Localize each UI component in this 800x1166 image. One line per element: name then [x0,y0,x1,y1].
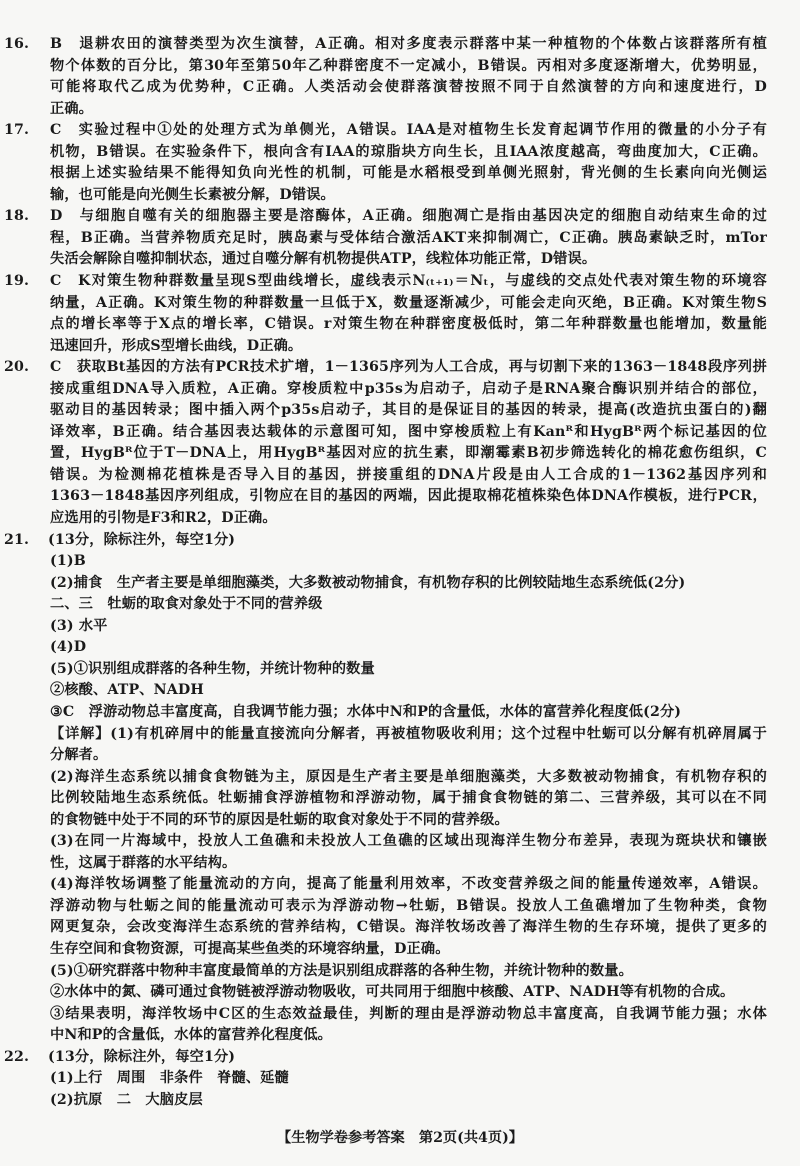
question-number: 17. [4,120,29,142]
question-number: 20. [4,357,29,379]
text-line: 接成重组DNA导入质粒，A正确。穿梭质粒中p35s为启动子，启动子是RNA聚合酶… [50,379,767,401]
explanation-line: ③结果表明，海洋牧场中C区的生态效益最佳，判断的理由是浮游动物总丰富度高，自我调… [50,1004,767,1026]
text-line: 物个体数的百分比，第30年至第50年乙种群密度不一定减小，B错误。丙相对多度逐渐… [50,56,767,78]
sub-answer-5-3: ③C 浮游动物总丰富度高，自我调节能力强；水体中N和P的含量低，水体的富营养化程… [50,702,767,724]
text-line: 应选用的引物是F3和R2，D正确。 [50,508,767,530]
answer-content: 16. B 退耕农田的演替类型为次生演替，A正确。相对多度表示群落中某一种植物的… [27,34,767,1111]
page-footer: 【生物学卷参考答案 第2页(共4页)】 [0,1127,800,1147]
text-line: 置，HygBᴿ位于T－DNA上，用HygBᴿ基因对应的抗生素，即潮霉素B初步筛选… [50,443,767,465]
answer-19: 19. C K对策生物种群数量呈现S型曲线增长，虚线表示N₍ₜ₊₁₎＝Nₜ，与虚… [27,271,767,357]
explanation-line: 比例较陆地生态系统低。牡蛎捕食浮游植物和浮游动物，属于捕食食物链的第二、三营养级… [50,788,767,810]
score-note: (13分，除标注外，每空1分) [48,1047,767,1069]
explanation-line: (5)①研究群落中物种丰富度最简单的方法是识别组成群落的各种生物，并统计物种的数… [50,961,767,983]
text-line: 失活会解除自噬抑制状态，通过自噬分解有机物提供ATP，线粒体功能正常，D错误。 [50,249,767,271]
answer-20: 20. C 获取Bt基因的方法有PCR技术扩增，1－1365序列为人工合成，再与… [27,357,767,529]
explanation-line: (2)海洋生态系统以捕食食物链为主，原因是生产者主要是单细胞藻类，大多数被动物捕… [50,767,767,789]
sub-answer-1: (1)B [50,551,767,573]
answer-21: 21. (13分，除标注外，每空1分) (1)B (2)捕食 生产者主要是单细胞… [27,530,767,1047]
question-number: 22. [4,1047,29,1069]
answer-22: 22. (13分，除标注外，每空1分) (1)上行 周围 非条件 脊髓、延髓 (… [27,1047,767,1112]
sub-answer-3: (3) 水平 [50,616,767,638]
explanation-line: 分解者。 [50,745,767,767]
explanation-line: 【详解】(1)有机碎屑中的能量直接流向分解者，再被植物吸收利用；这个过程中牡蛎可… [50,724,767,746]
text-line: 错误。为检测棉花植株是否导入目的基因，拼接重组的DNA片段是由人工合成的1－13… [50,465,767,487]
document-page: 16. B 退耕农田的演替类型为次生演替，A正确。相对多度表示群落中某一种植物的… [0,0,800,1166]
explanation-line: ②水体中的氮、磷可通过食物链被浮游动物吸收，可共同用于细胞中核酸、ATP、NAD… [50,982,767,1004]
explanation-line: 的食物链中处于不同的环节的原因是牡蛎的取食对象处于不同的营养级。 [50,810,767,832]
explanation-line: (3)在同一片海域中，投放人工鱼礁和未投放人工鱼礁的区域出现海洋生物分布差异，表… [50,831,767,853]
explanation-line: 生存空间和食物资源，可提高某些鱼类的环境容纳量，D正确。 [50,939,767,961]
question-number: 18. [4,206,29,228]
answer-17: 17. C 实验过程中①处的处理方式为单侧光，A错误。IAA是对植物生长发育起调… [27,120,767,206]
explanation-line: (4)海洋牧场调整了能量流动的方向，提高了能量利用效率，不改变营养级之间的能量传… [50,874,767,896]
text-line: 迅速回升，形成S型增长曲线，D正确。 [50,336,767,358]
sub-answer-2: (2)抗原 二 大脑皮层 [50,1090,767,1112]
answer-18: 18. D 与细胞自噬有关的细胞器主要是溶酶体，A正确。细胞凋亡是指由基因决定的… [27,206,767,271]
sub-answer-5-2: ②核酸、ATP、NADH [50,680,767,702]
question-number: 21. [4,530,29,552]
explanation-line: 性，这属于群落的水平结构。 [50,853,767,875]
explanation-line: 中N和P的含量低，水体的富营养化程度低。 [50,1025,767,1047]
answer-16: 16. B 退耕农田的演替类型为次生演替，A正确。相对多度表示群落中某一种植物的… [27,34,767,120]
text-line: 输，也可能是向光侧生长素被分解，D错误。 [50,185,767,207]
explanation-line: 浮游动物与牡蛎之间的能量流动可表示为浮游动物→牡蛎，B错误。投放人工鱼礁增加了生… [50,896,767,918]
text-line: 点的增长率等于X点的增长率，C错误。r对策生物在种群密度极低时，第二年种群数量也… [50,314,767,336]
score-note: (13分，除标注外，每空1分) [48,530,767,552]
sub-answer-2b: 二、三 牡蛎的取食对象处于不同的营养级 [50,594,767,616]
text-line: C 实验过程中①处的处理方式为单侧光，A错误。IAA是对植物生长发育起调节作用的… [50,120,767,142]
text-line: C 获取Bt基因的方法有PCR技术扩增，1－1365序列为人工合成，再与切割下来… [50,357,767,379]
text-line: 纳量，A正确。K对策生物的种群数量一旦低于X，数量逐渐减少，可能会走向灭绝，B正… [50,293,767,315]
sub-answer-2: (2)捕食 生产者主要是单细胞藻类，大多数被动物捕食，有机物存积的比例较陆地生态… [50,573,767,595]
sub-answer-1: (1)上行 周围 非条件 脊髓、延髓 [50,1068,767,1090]
question-number: 19. [4,271,29,293]
explanation-line: 网更复杂，会改变海洋生态系统的营养结构，C错误。海洋牧场改善了海洋生物的生存环境… [50,917,767,939]
text-line: 根据上述实验结果不能得知负向光性的机制，可能是水稻根受到单侧光照射，背光侧的生长… [50,163,767,185]
text-line: 程，B正确。当营养物质充足时，胰岛素与受体结合激活AKT来抑制凋亡，C正确。胰岛… [50,228,767,250]
text-line: D 与细胞自噬有关的细胞器主要是溶酶体，A正确。细胞凋亡是指由基因决定的细胞自动… [50,206,767,228]
text-line: 正确。 [50,99,767,121]
sub-answer-5-1: (5)①识别组成群落的各种生物，并统计物种的数量 [50,659,767,681]
question-number: 16. [4,34,29,56]
text-line: B 退耕农田的演替类型为次生演替，A正确。相对多度表示群落中某一种植物的个体数占… [50,34,767,56]
sub-answer-4: (4)D [50,637,767,659]
text-line: C K对策生物种群数量呈现S型曲线增长，虚线表示N₍ₜ₊₁₎＝Nₜ，与虚线的交点… [50,271,767,293]
text-line: 译效率，B正确。结合基因表达载体的示意图可知，图中穿梭质粒上有Kanᴿ和HygB… [50,422,767,444]
text-line: 可能将取代乙成为优势种，C正确。人类活动会使群落演替按照不同于自然演替的方向和速… [50,77,767,99]
text-line: 1363－1848基因序列组成，引物应在目的基因的两端，因此提取棉花植株染色体D… [50,486,767,508]
answer-21-details: (1)B (2)捕食 生产者主要是单细胞藻类，大多数被动物捕食，有机物存积的比例… [50,551,767,1047]
text-line: 机物，B错误。在实验条件下，根向含有IAA的琼脂块方向生长，且IAA浓度越高，弯… [50,142,767,164]
text-line: 驱动目的基因转录；图中插入两个p35s启动子，其目的是保证目的基因的转录，提高(… [50,400,767,422]
